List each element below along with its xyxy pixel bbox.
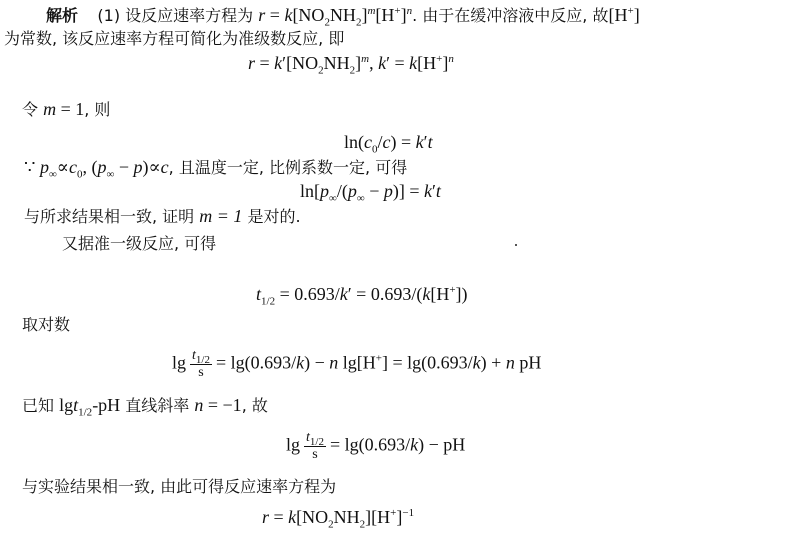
- scan-artifact: [515, 244, 517, 246]
- equation-pseudo-order: r = k′[NO2NH2]m, k′ = k[H+]n: [248, 52, 454, 74]
- text-fragment: 直线斜率: [120, 396, 194, 415]
- text-fragment: 与所求结果相一致, 证明: [24, 207, 199, 226]
- fraction-t-half-over-s: t1/2s: [304, 430, 326, 463]
- lg-t-half-ph: lgt1/2-pH: [59, 395, 120, 415]
- proportional-relations: ∵ p∞∝c0, (p∞ − p)∝c: [24, 157, 169, 177]
- equation-rate-law-final: r = k[NO2NH2][H+]−1: [262, 506, 414, 528]
- text-fragment: 是对的.: [242, 207, 300, 226]
- text-fragment: 已知: [22, 396, 59, 415]
- text-fragment: 令: [22, 100, 43, 119]
- paragraph-line-slope: 已知 lgt1/2-pH 直线斜率 n = −1, 故: [22, 394, 268, 417]
- text-fragment: . 由于在缓冲溶液中反应, 故: [412, 6, 608, 25]
- m-equals-1: m = 1: [43, 99, 84, 119]
- text-fragment: , 则: [84, 100, 110, 119]
- equation-half-life: t1/2 = 0.693/k′ = 0.693/(k[H+]): [256, 283, 468, 305]
- hplus-concentration: [H+]: [608, 5, 639, 25]
- analysis-heading: 解析: [46, 6, 78, 25]
- paragraph-line-1: 解析 (1) 设反应速率方程为 r = k[NO2NH2]m[H+]n. 由于在…: [46, 4, 640, 27]
- m-equals-1: m = 1: [199, 206, 242, 226]
- paragraph-line-consistent: 与所求结果相一致, 证明 m = 1 是对的.: [24, 205, 301, 228]
- text-fragment: , 故: [242, 396, 268, 415]
- equation-ln-pressure: ln[p∞/(p∞ − p)] = k′t: [300, 180, 441, 202]
- rate-equation-general: r = k[NO2NH2]m[H+]n: [258, 5, 412, 25]
- equation-log-half-life-final: lgt1/2s= lg(0.693/k) − pH: [286, 430, 465, 463]
- paragraph-line-because: ∵ p∞∝c0, (p∞ − p)∝c, 且温度一定, 比例系数一定, 可得: [24, 156, 407, 179]
- equation-ln-c0-c: ln(c0/c) = k′t: [344, 131, 433, 153]
- paragraph-line-experiment: 与实验结果相一致, 由此可得反应速率方程为: [22, 476, 336, 498]
- paragraph-line-take-log: 取对数: [22, 314, 70, 336]
- paragraph-line-pseudo-first: 又据准一级反应, 可得: [62, 233, 216, 255]
- n-equals-minus-1: n = −1: [194, 395, 241, 415]
- paragraph-line-2: 为常数, 该反应速率方程可简化为准级数反应, 即: [4, 28, 344, 50]
- fraction-t-half-over-s: t1/2s: [190, 348, 212, 381]
- text-fragment: , 且温度一定, 比例系数一定, 可得: [169, 158, 408, 177]
- equation-log-half-life: lgt1/2s= lg(0.693/k) − n lg[H+] = lg(0.6…: [172, 348, 541, 381]
- paragraph-line-let-m: 令 m = 1, 则: [22, 98, 110, 121]
- text-fragment: (1) 设反应速率方程为: [97, 6, 258, 25]
